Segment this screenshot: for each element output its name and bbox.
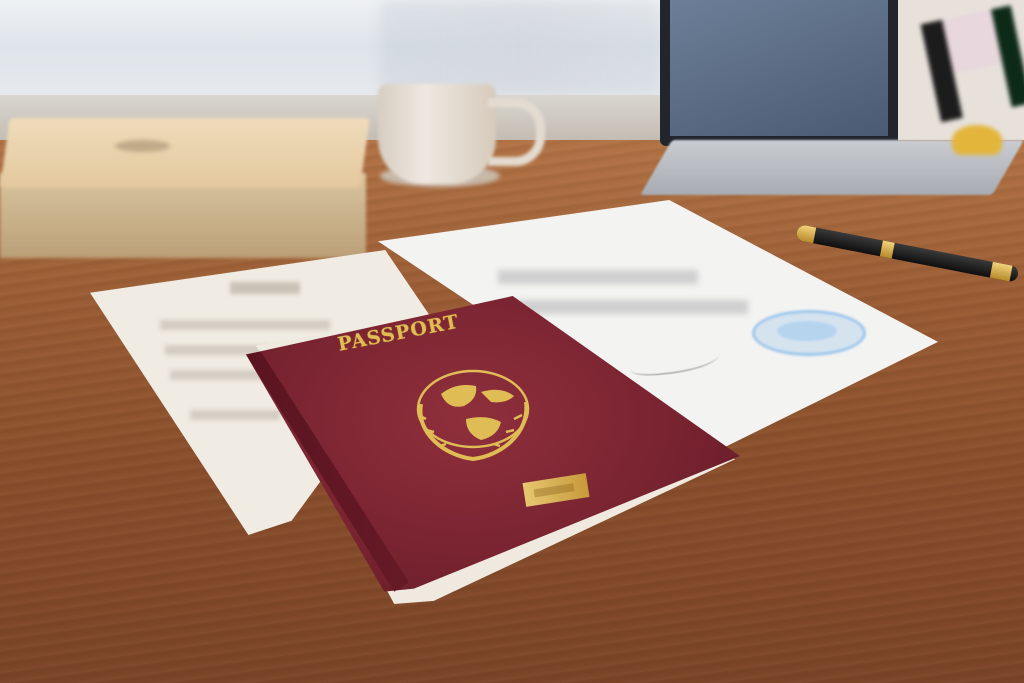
passport: PASSPORT [246, 296, 740, 604]
book-emboss-icon [115, 140, 170, 152]
flag-stand [952, 125, 1002, 155]
coffee-cup [378, 84, 496, 184]
cup-handle [488, 98, 545, 166]
photo-scene: PASSPORT [0, 0, 1024, 683]
book [0, 118, 368, 258]
laptop-screen [660, 0, 898, 146]
document-title [230, 282, 300, 294]
official-stamp-icon [752, 310, 866, 356]
globe-emblem-icon [386, 364, 561, 464]
